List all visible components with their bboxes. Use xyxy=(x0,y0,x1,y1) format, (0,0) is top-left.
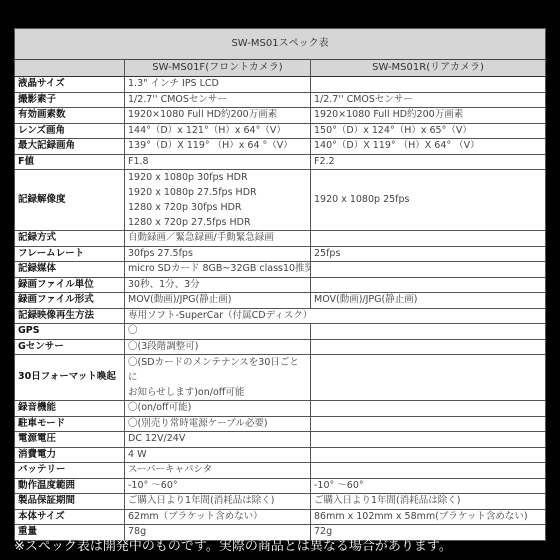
row-label: フレームレート xyxy=(15,246,125,262)
row-label: 駐車モード xyxy=(15,416,125,432)
row-label: 製品保証期間 xyxy=(15,494,125,510)
table-row: 製品保証期間ご購入日より1年間(消耗品は除く)ご購入日より1年間(消耗品は除く) xyxy=(15,494,546,510)
row-value-front: 139°（D）X 119° （H）x 64 °（V） xyxy=(125,139,311,155)
table-row: 消費電力4 W xyxy=(15,447,546,463)
table-row: 録音機能〇(on/off可能) xyxy=(15,401,546,417)
row-value-rear: -10° ～60° xyxy=(311,478,546,494)
row-value-front: ご購入日より1年間(消耗品は除く) xyxy=(125,494,311,510)
row-value-front: 〇(on/off可能) xyxy=(125,401,311,417)
table-title: SW-MS01スペック表 xyxy=(15,29,546,60)
table-row: 本体サイズ62mm（ブラケット含めない）86mm x 102mm x 58mm(… xyxy=(15,509,546,525)
row-value-rear xyxy=(311,231,546,247)
table-row: F値F1.8F2.2 xyxy=(15,154,546,170)
row-value-rear xyxy=(311,339,546,355)
row-value-line: 〇(SDカードのメンテナンスを30日ごとに xyxy=(128,355,307,385)
table-row: 電源電圧DC 12V/24V xyxy=(15,432,546,448)
row-value-rear xyxy=(311,416,546,432)
row-label: 液晶サイズ xyxy=(15,77,125,93)
row-label: 電源電圧 xyxy=(15,432,125,448)
spec-table-container: SW-MS01スペック表 SW-MS01F(フロントカメラ) SW-MS01R(… xyxy=(14,28,545,541)
row-value-rear: F2.2 xyxy=(311,154,546,170)
row-value-rear xyxy=(311,355,546,401)
column-header-label xyxy=(15,60,125,77)
row-value-front: F1.8 xyxy=(125,154,311,170)
row-label: 動作温度範囲 xyxy=(15,478,125,494)
row-value-line: 1920 x 1080p 30fps HDR xyxy=(128,170,307,185)
row-value-rear: ご購入日より1年間(消耗品は除く) xyxy=(311,494,546,510)
row-value-front: 〇(SDカードのメンテナンスを30日ごとにお知らせします)on/off可能 xyxy=(125,355,311,401)
row-value-front: スーパーキャパシタ xyxy=(125,463,311,479)
row-label: 消費電力 xyxy=(15,447,125,463)
row-label: 撮影素子 xyxy=(15,92,125,108)
row-value-front: 62mm（ブラケット含めない） xyxy=(125,509,311,525)
row-value-rear xyxy=(311,432,546,448)
row-value-front: 30fps 27.5fps xyxy=(125,246,311,262)
row-label: 記録映像再生方法 xyxy=(15,308,125,324)
row-value-front: 〇(3段階調整可) xyxy=(125,339,311,355)
row-value-rear: MOV(動画)/JPG(静止画) xyxy=(311,293,546,309)
table-row: 録画ファイル形式MOV(動画)/JPG(静止画)MOV(動画)/JPG(静止画) xyxy=(15,293,546,309)
row-label: 最大記録画角 xyxy=(15,139,125,155)
table-row: 録画ファイル単位30秒、1分、3分 xyxy=(15,277,546,293)
table-row: 最大記録画角139°（D）X 119° （H）x 64 °（V）140°（D）X… xyxy=(15,139,546,155)
row-value-front: 〇 xyxy=(125,324,311,340)
column-header-front: SW-MS01F(フロントカメラ) xyxy=(125,60,311,77)
table-row: 記録映像再生方法専用ソフト-SuperCar（付属CDディスク） xyxy=(15,308,546,324)
row-value-rear xyxy=(311,463,546,479)
row-label: レンズ画角 xyxy=(15,123,125,139)
row-label: 録音機能 xyxy=(15,401,125,417)
table-row: 記録媒体micro SDカード 8GB~32GB class10推奨 xyxy=(15,262,546,278)
table-row: 撮影素子1/2.7'' CMOSセンサー1/2.7'' CMOSセンサー xyxy=(15,92,546,108)
row-label: F値 xyxy=(15,154,125,170)
row-value-front: 自動録画／緊急録画/手動緊急録画 xyxy=(125,231,311,247)
row-value-front: 30秒、1分、3分 xyxy=(125,277,311,293)
table-row: 駐車モード〇(別売り常時電源ケーブル必要) xyxy=(15,416,546,432)
row-label: 本体サイズ xyxy=(15,509,125,525)
table-row: 有効画素数1920×1080 Full HD約200万画素1920×1080 F… xyxy=(15,108,546,124)
row-value-rear: 1920×1080 Full HD約200万画素 xyxy=(311,108,546,124)
row-value-front: -10° ～60° xyxy=(125,478,311,494)
row-label: 録画ファイル単位 xyxy=(15,277,125,293)
table-row: 30日フォーマット喚起〇(SDカードのメンテナンスを30日ごとにお知らせします)… xyxy=(15,355,546,401)
row-value-both: 専用ソフト-SuperCar（付属CDディスク） xyxy=(125,308,546,324)
table-row: Gセンサー〇(3段階調整可) xyxy=(15,339,546,355)
row-value-front: 1920 x 1080p 30fps HDR1920 x 1080p 27.5f… xyxy=(125,170,311,231)
row-value-front: 1920×1080 Full HD約200万画素 xyxy=(125,108,311,124)
table-row: バッテリースーパーキャパシタ xyxy=(15,463,546,479)
row-value-rear xyxy=(311,77,546,93)
row-value-front: 1/2.7'' CMOSセンサー xyxy=(125,92,311,108)
row-value-line: 1280 x 720p 27.5fps HDR xyxy=(128,215,307,230)
table-row: 記録方式自動録画／緊急録画/手動緊急録画 xyxy=(15,231,546,247)
row-label: 有効画素数 xyxy=(15,108,125,124)
row-label: 記録媒体 xyxy=(15,262,125,278)
row-label: バッテリー xyxy=(15,463,125,479)
row-label: GPS xyxy=(15,324,125,340)
table-row: レンズ画角144°（D）x 121°（H）x 64°（V）150°（D）x 12… xyxy=(15,123,546,139)
column-header-rear: SW-MS01R(リアカメラ) xyxy=(311,60,546,77)
table-title-row: SW-MS01スペック表 xyxy=(15,29,546,60)
row-value-rear xyxy=(311,401,546,417)
row-value-front: 144°（D）x 121°（H）x 64°（V） xyxy=(125,123,311,139)
row-value-front: DC 12V/24V xyxy=(125,432,311,448)
row-label: 30日フォーマット喚起 xyxy=(15,355,125,401)
table-row: 記録解像度1920 x 1080p 30fps HDR1920 x 1080p … xyxy=(15,170,546,231)
row-value-rear xyxy=(311,262,546,278)
row-value-rear: 1920 x 1080p 25fps xyxy=(311,170,546,231)
row-value-rear xyxy=(311,277,546,293)
row-label: 記録方式 xyxy=(15,231,125,247)
row-value-front: micro SDカード 8GB~32GB class10推奨 xyxy=(125,262,311,278)
row-value-rear xyxy=(311,447,546,463)
disclaimer-note: ※スペック表は開発中のものです。実際の商品とは異なる場合があります。 xyxy=(14,535,452,554)
row-value-line: 1920 x 1080p 27.5fps HDR xyxy=(128,185,307,200)
row-value-line: お知らせします)on/off可能 xyxy=(128,385,307,400)
row-value-rear: 86mm x 102mm x 58mm(ブラケット含めない) xyxy=(311,509,546,525)
row-value-front: 4 W xyxy=(125,447,311,463)
spec-table: SW-MS01スペック表 SW-MS01F(フロントカメラ) SW-MS01R(… xyxy=(14,28,546,541)
row-value-rear: 150°（D）x 124°（H）x 65°（V） xyxy=(311,123,546,139)
column-header-row: SW-MS01F(フロントカメラ) SW-MS01R(リアカメラ) xyxy=(15,60,546,77)
table-row: フレームレート30fps 27.5fps25fps xyxy=(15,246,546,262)
row-value-line: 1280 x 720p 30fps HDR xyxy=(128,200,307,215)
row-value-rear: 1/2.7'' CMOSセンサー xyxy=(311,92,546,108)
row-label: 記録解像度 xyxy=(15,170,125,231)
row-value-front: 〇(別売り常時電源ケーブル必要) xyxy=(125,416,311,432)
row-value-front: MOV(動画)/JPG(静止画) xyxy=(125,293,311,309)
row-label: 録画ファイル形式 xyxy=(15,293,125,309)
table-row: 動作温度範囲 -10° ～60° -10° ～60° xyxy=(15,478,546,494)
table-row: 液晶サイズ1.3" インチ IPS LCD xyxy=(15,77,546,93)
row-value-rear xyxy=(311,324,546,340)
row-value-rear: 25fps xyxy=(311,246,546,262)
table-row: GPS〇 xyxy=(15,324,546,340)
row-value-rear: 140°（D）X 119° （H）X 64° （V） xyxy=(311,139,546,155)
row-label: Gセンサー xyxy=(15,339,125,355)
row-value-front: 1.3" インチ IPS LCD xyxy=(125,77,311,93)
